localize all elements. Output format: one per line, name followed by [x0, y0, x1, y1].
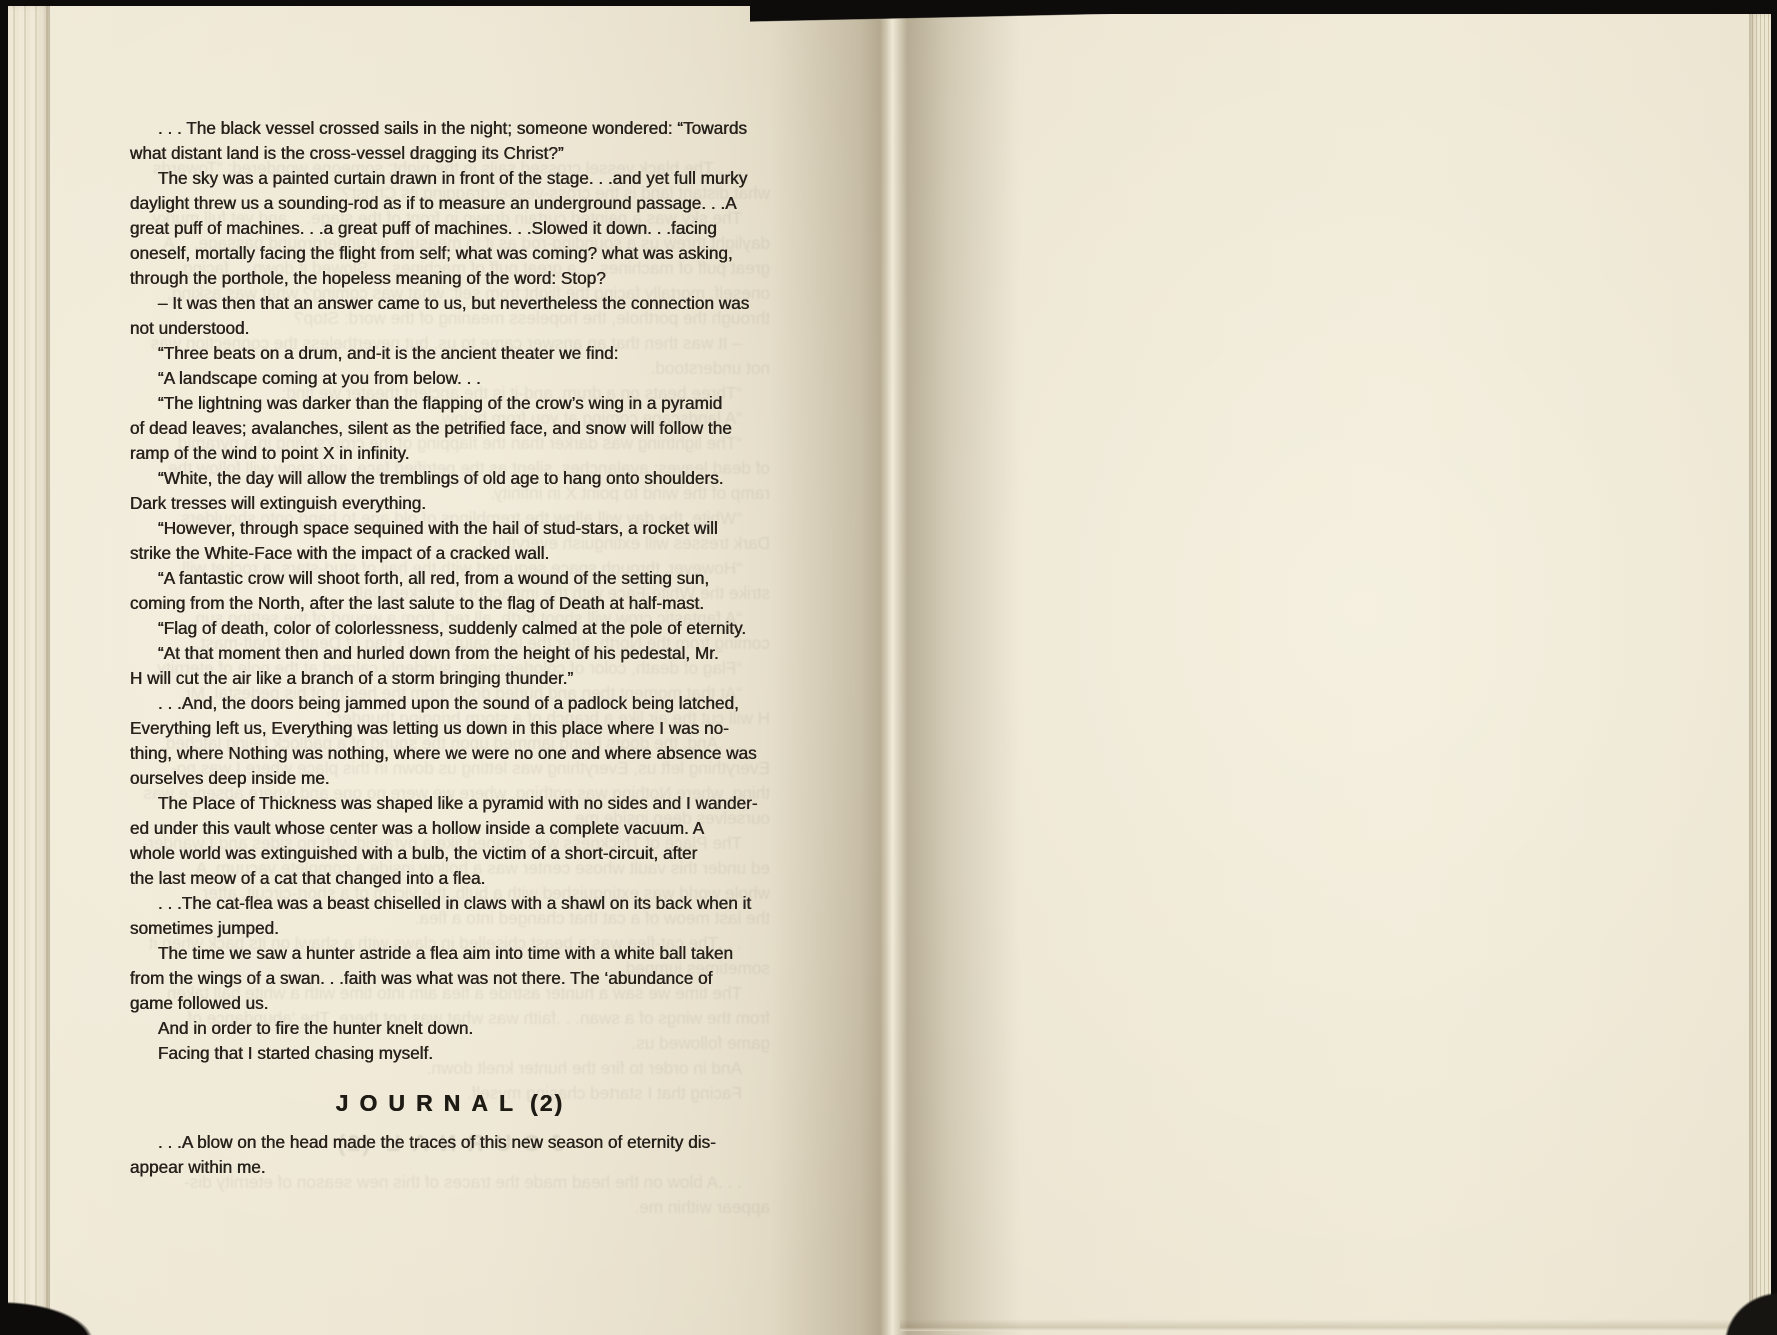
journal-heading-word: JOURNAL: [336, 1090, 524, 1116]
paragraph: “Flag of death, color of colorlessness, …: [130, 616, 770, 641]
paragraph: “The lightning was darker than the flapp…: [130, 391, 770, 466]
left-page: . . . The black vessel crossed sails in …: [8, 6, 888, 1335]
paragraph: “A landscape coming at you from below. .…: [130, 366, 770, 391]
paragraph: Facing that I started chasing myself.: [130, 1041, 770, 1066]
left-page-edge-stack: [8, 6, 50, 1335]
paragraph: The Place of Thickness was shaped like a…: [130, 791, 770, 891]
paragraph: – It was then that an answer came to us,…: [130, 291, 770, 341]
paragraph: “At that moment then and hurled down fro…: [130, 641, 770, 691]
paragraph: The sky was a painted curtain drawn in f…: [130, 166, 770, 291]
paragraph: . . .A blow on the head made the traces …: [130, 1130, 770, 1180]
paragraph: “Three beats on a drum, and-it is the an…: [130, 341, 770, 366]
right-page: And already. . .And already. . . A cheek…: [888, 14, 1751, 1335]
paragraph: . . . The black vessel crossed sails in …: [130, 116, 770, 166]
book-spread: . . . The black vessel crossed sails in …: [0, 0, 1777, 1335]
paragraph: “White, the day will allow the trembling…: [130, 466, 770, 516]
paragraph: The time we saw a hunter astride a flea …: [130, 941, 770, 1016]
right-fore-edge-stack: [1749, 14, 1771, 1335]
journal-heading: JOURNAL(2): [130, 1091, 770, 1116]
journal-heading-number: (2): [530, 1090, 564, 1116]
left-page-text-column: . . . The black vessel crossed sails in …: [130, 116, 770, 1180]
paragraph: “A fantastic crow will shoot forth, all …: [130, 566, 770, 616]
paragraph: “However, through space sequined with th…: [130, 516, 770, 566]
paragraph: . . .The cat-flea was a beast chiselled …: [130, 891, 770, 941]
paragraph: And in order to fire the hunter knelt do…: [130, 1016, 770, 1041]
paragraph: . . .And, the doors being jammed upon th…: [130, 691, 770, 791]
